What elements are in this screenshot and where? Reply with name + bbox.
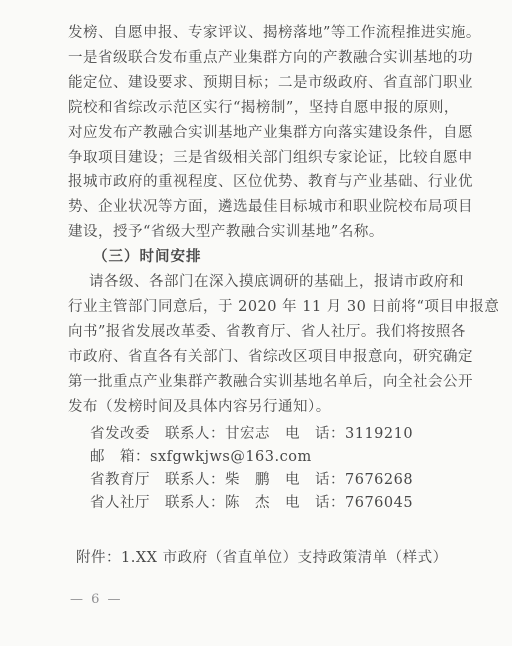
document-line: 对应发布产教融合实训基地产业集群方向落实建设条件，自愿	[68, 121, 468, 146]
document-line: 一是省级联合发布重点产业集群方向的产教融合实训基地的功	[68, 46, 468, 71]
contact-line: 省教育厅 联系人：柴 鹏 电 话：7676268	[68, 469, 468, 492]
attachment-line: 附件：1.XX 市政府（省直单位）支持政策清单（样式）	[68, 546, 468, 571]
document-line: 建设，授予“省级大型产教融合实训基地”名称。	[68, 220, 468, 245]
section-heading: （三）时间安排	[68, 245, 468, 270]
page-number: — 6 —	[70, 592, 123, 607]
document-line: 势、企业状况等方面，遴选最佳目标城市和职业院校布局项目	[68, 195, 468, 220]
document-line: 争取项目建设；三是省级相关部门组织专家论证，比较自愿申	[68, 146, 468, 171]
paragraph-workflow: 发榜、自愿申报、专家评议、揭榜落地”等工作流程推进实施。一是省级联合发布重点产业…	[68, 21, 468, 245]
document-line: 市政府、省直各有关部门、省综改区项目申报意向，研究确定	[68, 345, 468, 370]
document-line: 报城市政府的重视程度、区位优势、教育与产业基础、行业优	[68, 170, 468, 195]
paragraph-schedule: 请各级、各部门在深入摸底调研的基础上，报请市政府和行业主管部门同意后，于 202…	[68, 270, 468, 419]
document-page: 发榜、自愿申报、专家评议、揭榜落地”等工作流程推进实施。一是省级联合发布重点产业…	[0, 0, 512, 646]
document-line: 发榜、自愿申报、专家评议、揭榜落地”等工作流程推进实施。	[68, 21, 468, 46]
document-line: 行业主管部门同意后，于 2020 年 11 月 30 日前将“项目申报意	[68, 295, 468, 320]
document-line: 能定位、建设要求、预期目标；二是市级政府、省直部门职业	[68, 71, 468, 96]
document-line: 院校和省综改示范区实行“揭榜制”，坚持自愿申报的原则，	[68, 96, 468, 121]
contact-line: 省发改委 联系人：甘宏志 电 话：3119210	[68, 423, 468, 446]
document-line: 向书”报省发展改革委、省教育厅、省人社厅。我们将按照各	[68, 320, 468, 345]
contact-line: 省人社厅 联系人：陈 杰 电 话：7676045	[68, 492, 468, 515]
document-line: 第一批重点产业集群产教融合实训基地名单后，向全社会公开	[68, 370, 468, 395]
contact-list: 省发改委 联系人：甘宏志 电 话：3119210邮 箱：sxfgwkjws@16…	[68, 423, 468, 516]
document-line: 请各级、各部门在深入摸底调研的基础上，报请市政府和	[68, 270, 468, 295]
contact-line: 邮 箱：sxfgwkjws@163.com	[68, 446, 468, 469]
document-line: 发布（发榜时间及具体内容另行通知）。	[68, 395, 468, 420]
document-body: 发榜、自愿申报、专家评议、揭榜落地”等工作流程推进实施。一是省级联合发布重点产业…	[68, 21, 468, 571]
